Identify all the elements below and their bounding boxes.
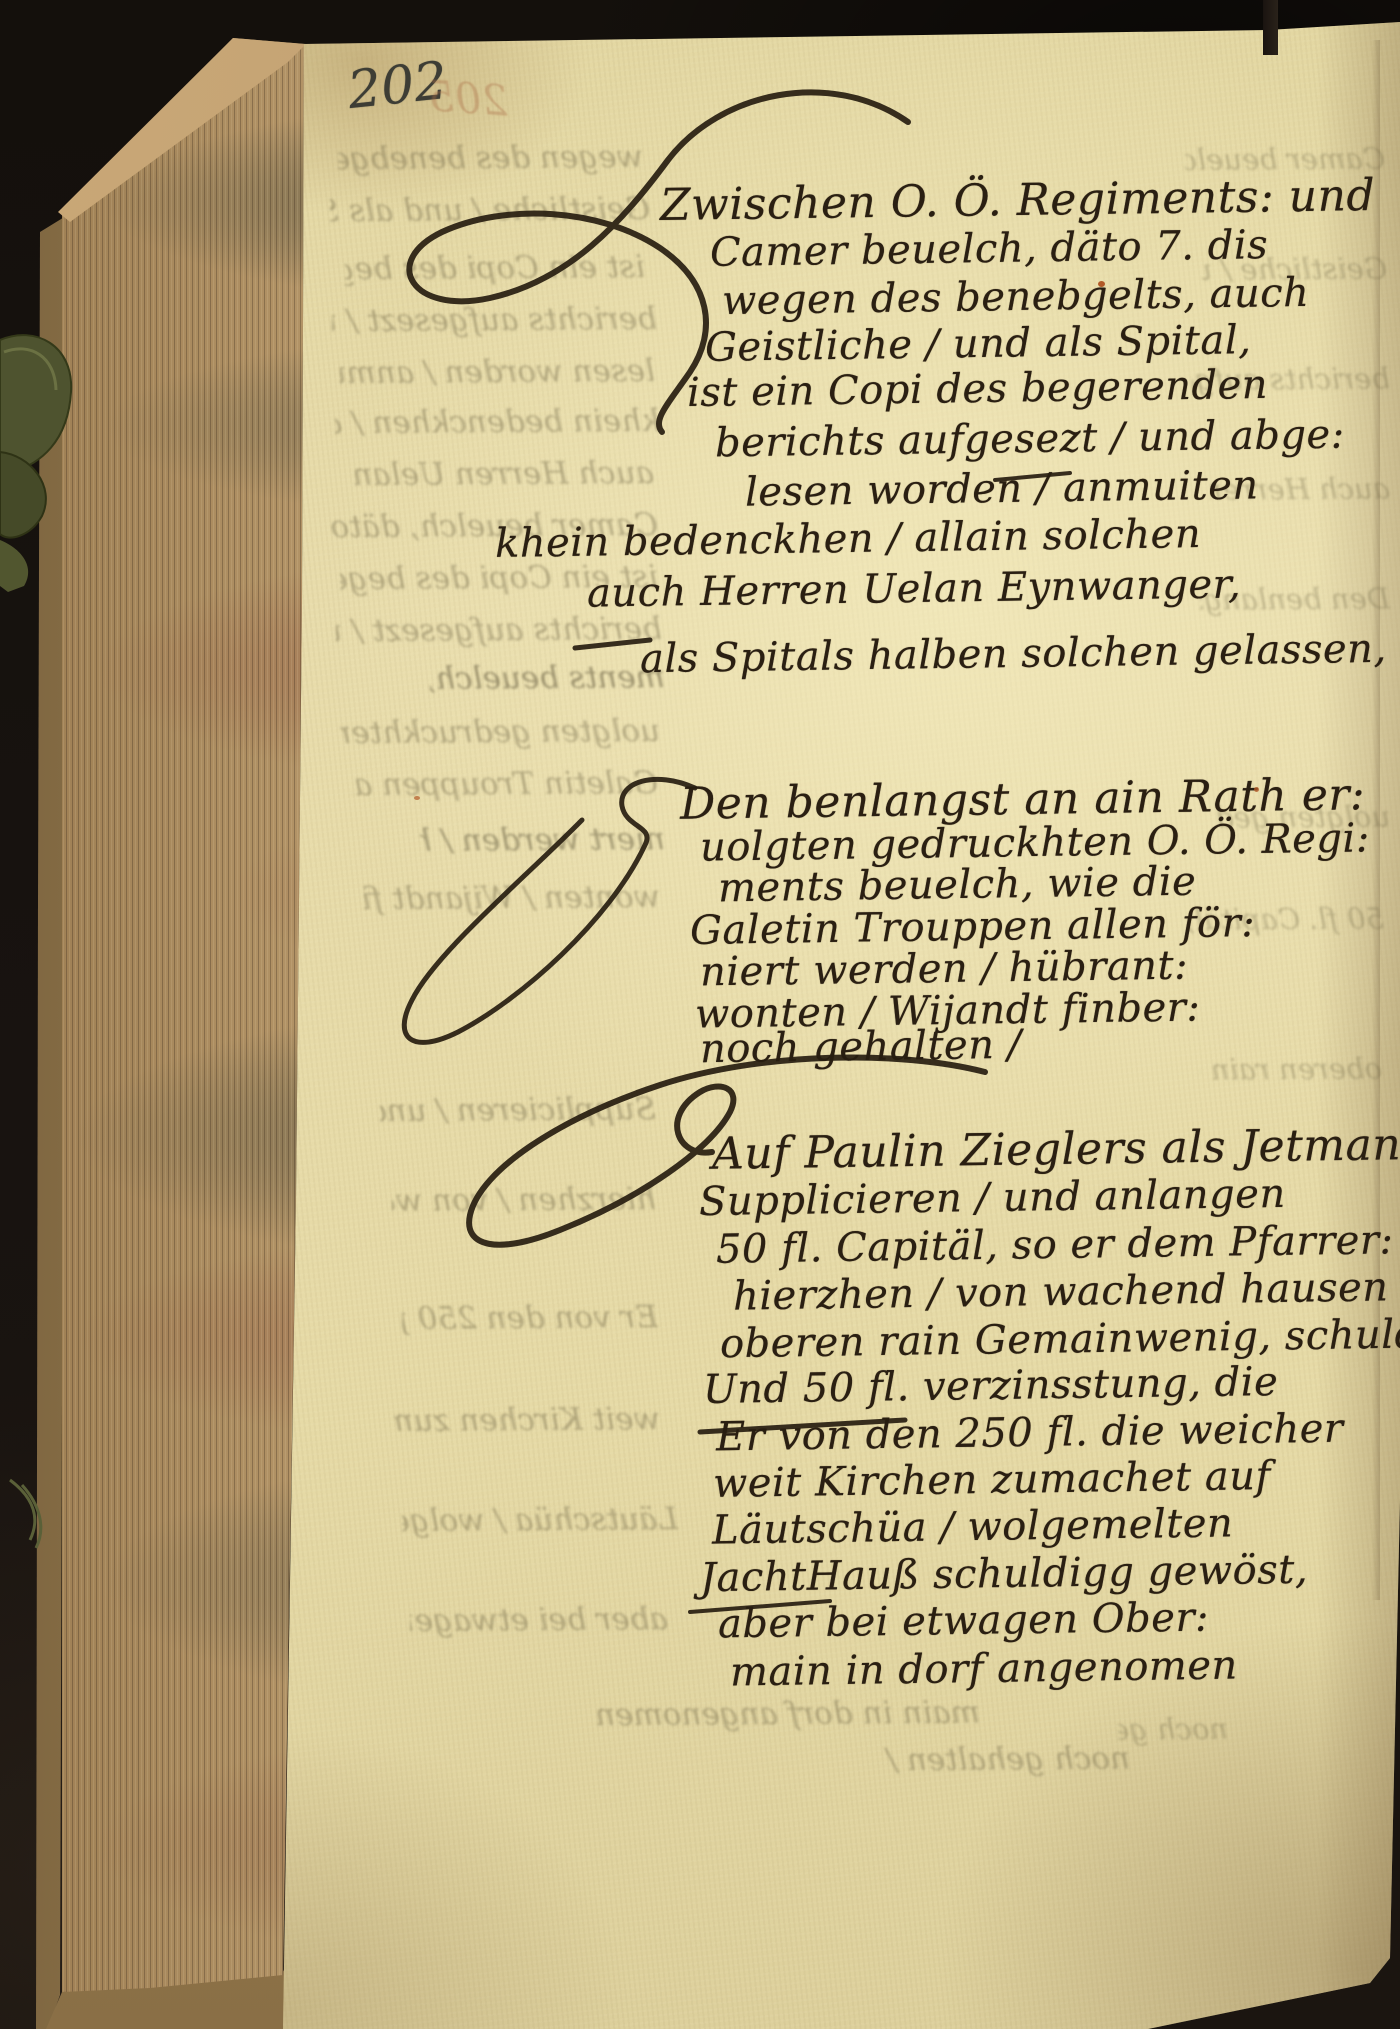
manuscript-photograph: wegen des benebgelts, auch Geistliche / … xyxy=(0,0,1400,2029)
ribbon-fold-upper xyxy=(0,335,71,474)
ribbon-fold-lower xyxy=(0,452,46,538)
rust-speck xyxy=(1254,787,1259,792)
bookmark-ribbon xyxy=(0,0,1400,2029)
ribbon-strand xyxy=(0,540,28,592)
rust-speck xyxy=(1098,281,1105,287)
ribbon-frayed-threads xyxy=(10,1480,41,1548)
rust-speck xyxy=(414,796,420,800)
